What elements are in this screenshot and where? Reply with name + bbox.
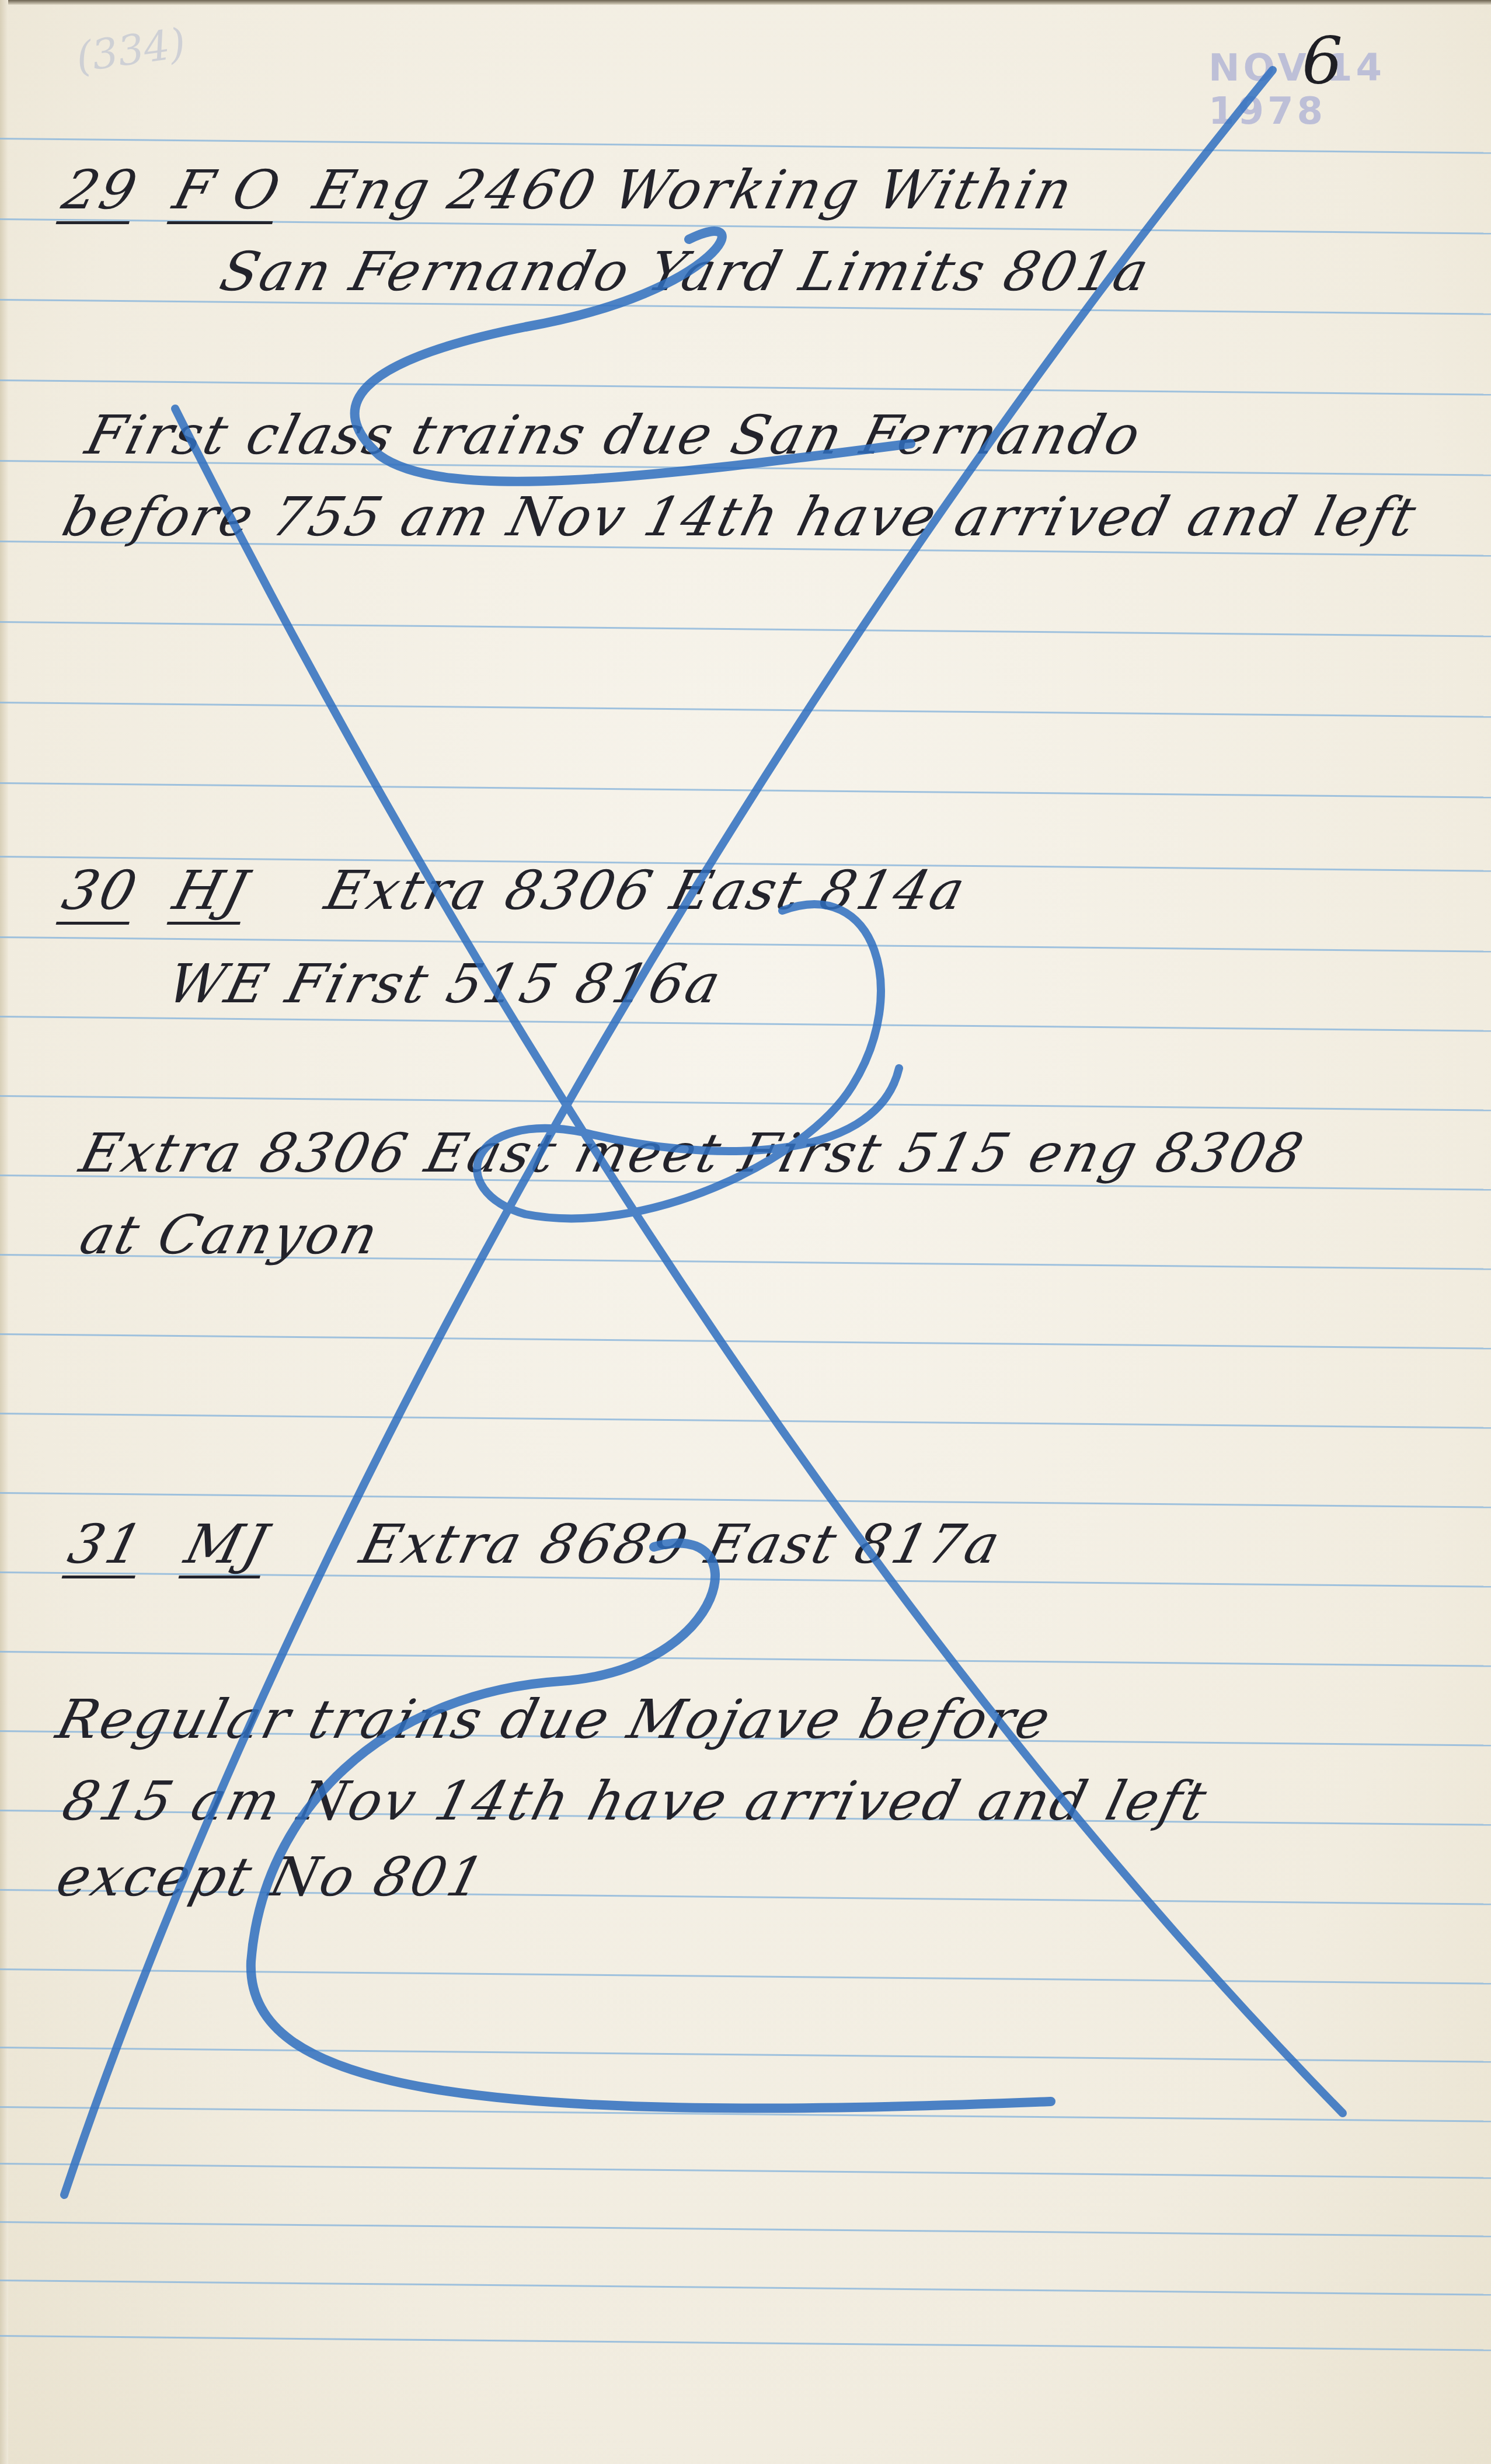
entry-30-line-2: WE First 515 816a [163,957,728,1011]
ledger-page: (334) NOV 14 1978 6 29 F O Eng 2460 Work… [0,0,1491,2464]
rule-line [0,2106,1491,2123]
rule-line [0,1651,1491,1667]
rule-line [0,2163,1491,2179]
entry-30-initials: HJ [169,864,255,918]
rule-line [0,1413,1491,1429]
entry-31-number: 31 [64,1518,150,1571]
entry-30-number: 30 [58,864,144,918]
page-number: 6 [1302,23,1343,98]
meet-order-line-2: at Canyon [75,1208,385,1262]
entry-30-line-1: Extra 8306 East 814a [321,864,972,918]
rule-line [0,379,1491,396]
rule-line [0,1492,1491,1508]
rule-line [0,782,1491,799]
rule-line [0,2335,1491,2351]
rule-line [0,2280,1491,2296]
rule-line [0,936,1491,953]
first-class-line-2: before 755 am Nov 14th have arrived and … [58,490,1423,544]
rule-line [0,1095,1491,1111]
rule-line [0,702,1491,718]
rule-line [0,2221,1491,2238]
rule-line [0,1333,1491,1350]
regular-trains-line-3: except No 801 [52,1850,492,1904]
regular-trains-line-2: 815 am Nov 14th have arrived and left [58,1775,1214,1828]
rule-line [0,2047,1491,2063]
rule-line [0,1968,1491,1985]
rule-line [0,138,1491,154]
entry-29-line-2: San Fernando Yard Limits 801a [215,245,1156,299]
date-stamp: NOV 14 1978 [1208,47,1491,133]
entry-31-initials: MJ [180,1518,275,1571]
entry-29-number: 29 [58,163,144,217]
meet-order-line-1: Extra 8306 East meet First 515 eng 8308 [75,1127,1311,1180]
regular-trains-line-1: Regular trains due Mojave before [52,1693,1058,1747]
first-class-line-1: First class trains due San Fernando [81,409,1148,462]
entry-29-line-1: Eng 2460 Working Within [309,163,1079,217]
rule-line [0,621,1491,637]
entry-31-line-1: Extra 8689 East 817a [356,1518,1007,1571]
entry-29-initials: F O [169,163,287,217]
rule-line [0,1016,1491,1032]
